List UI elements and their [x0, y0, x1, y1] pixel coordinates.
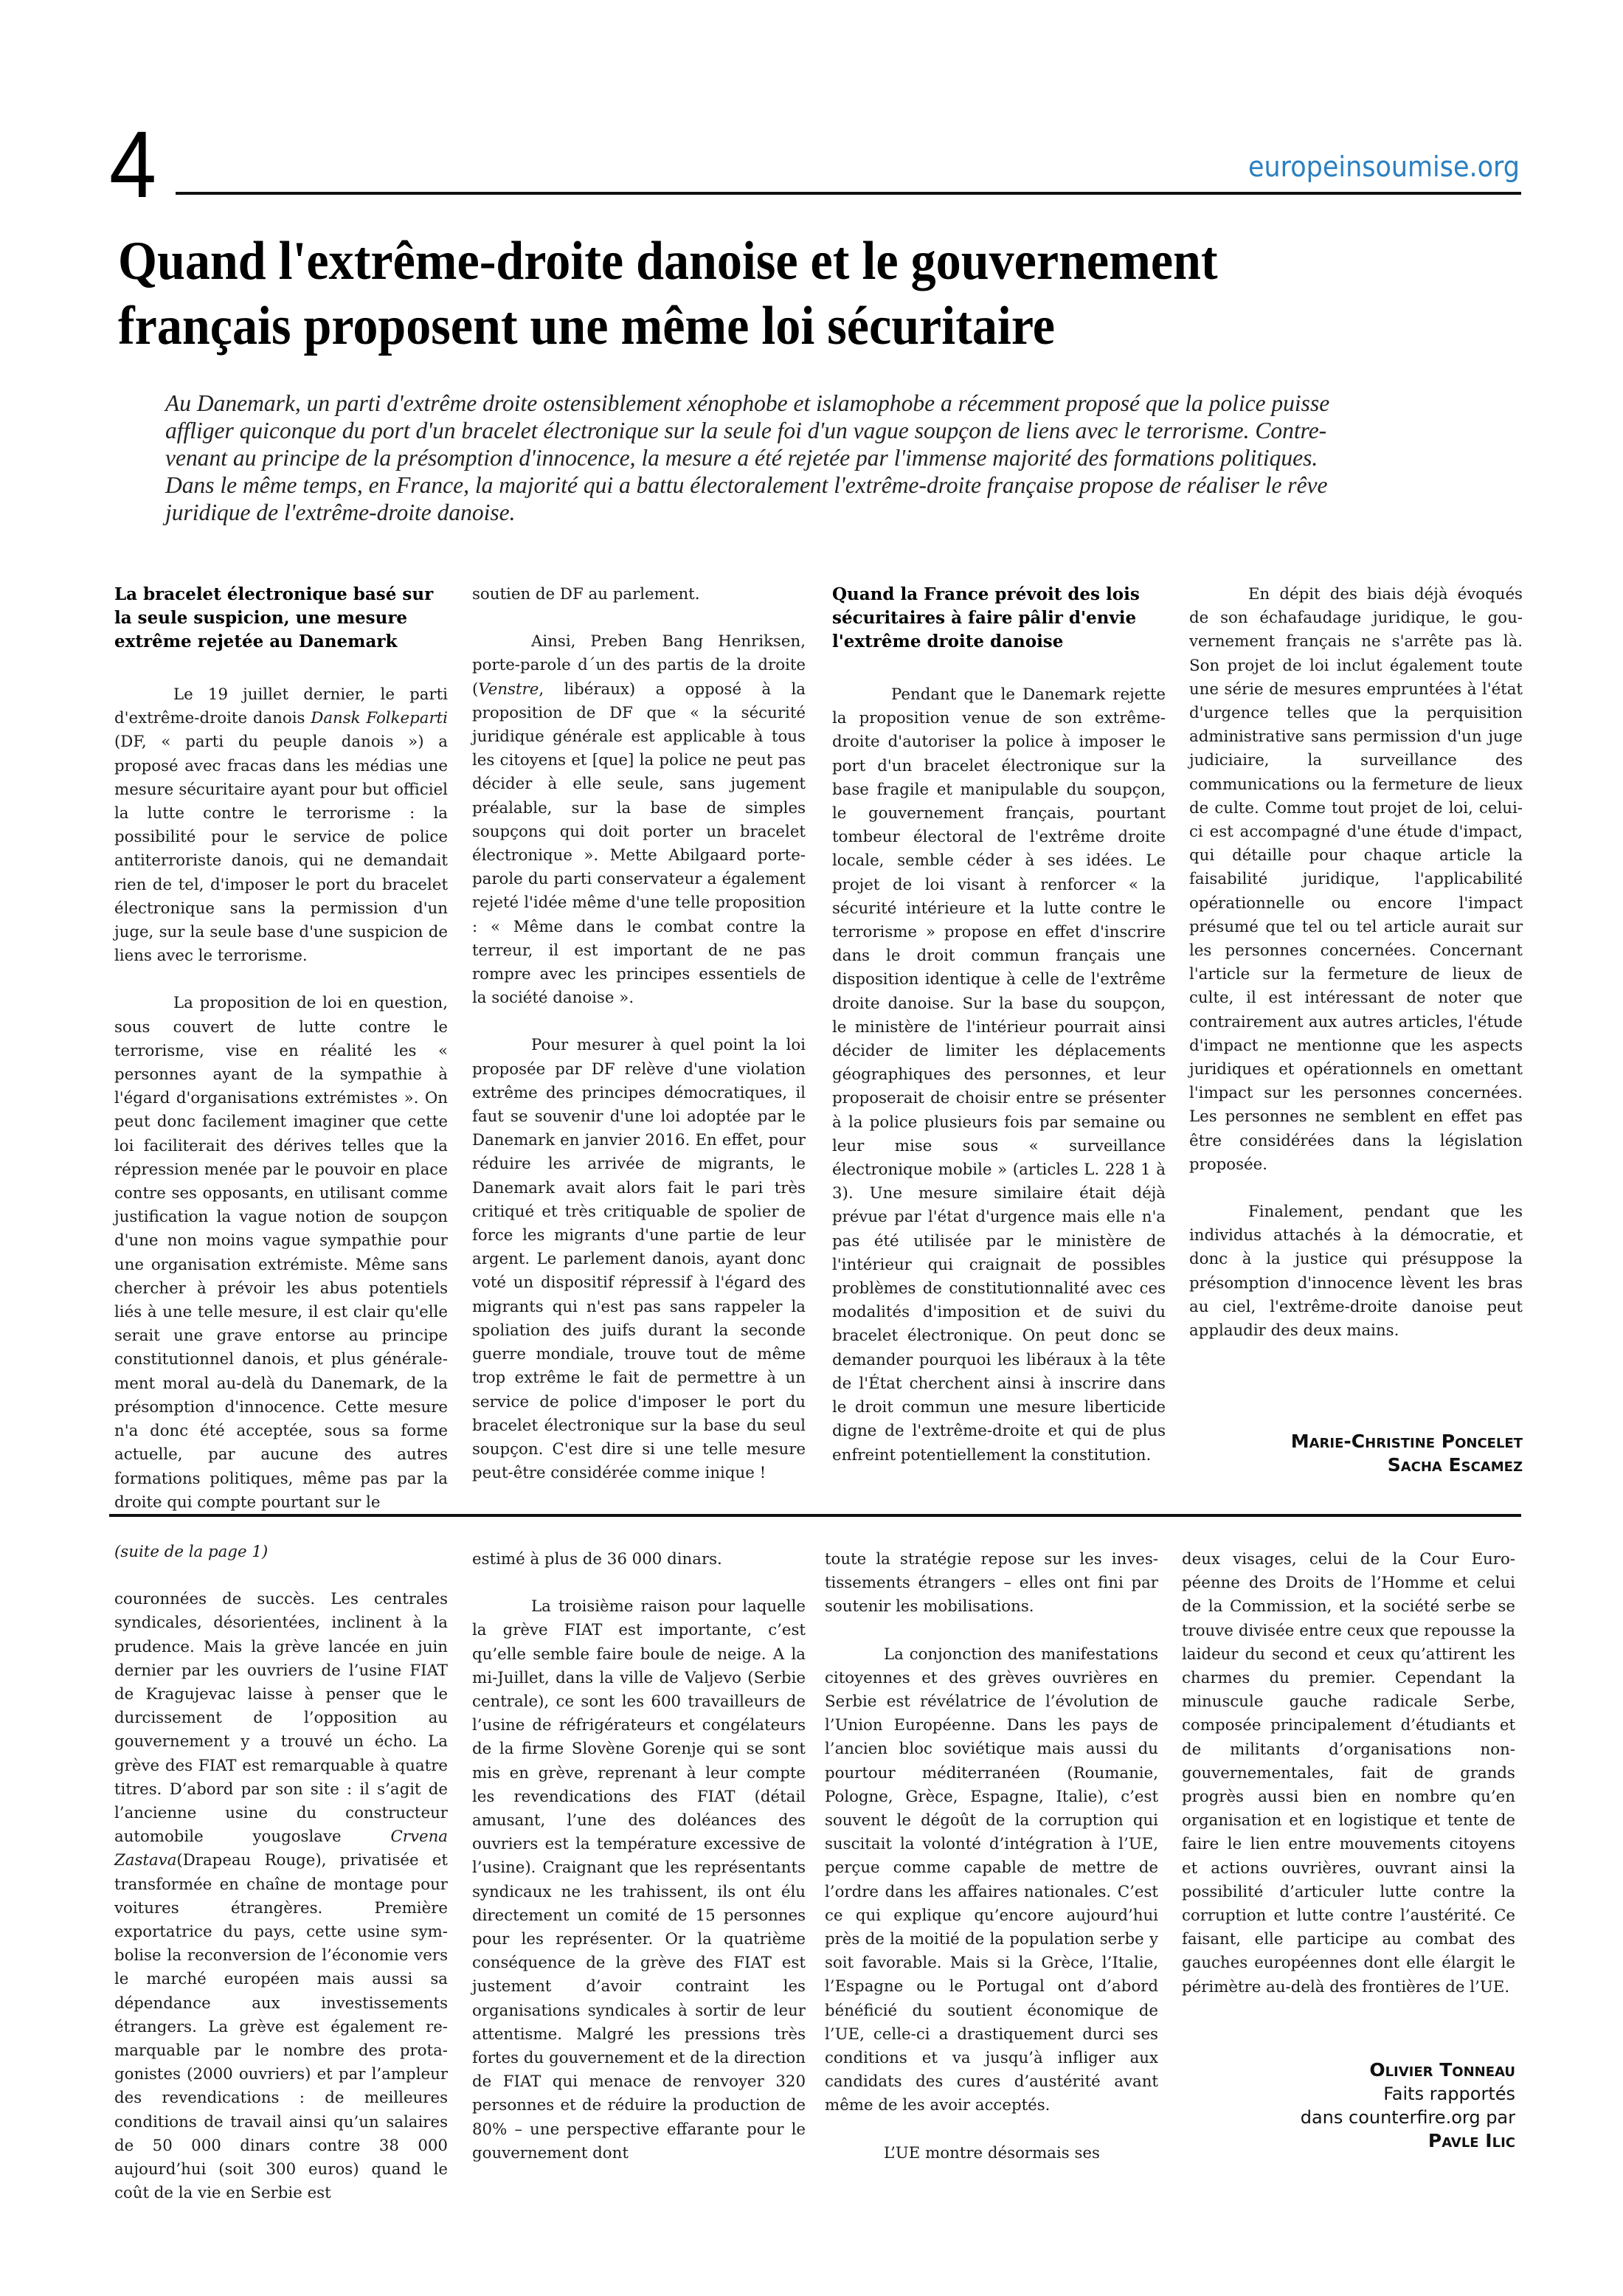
continuation-column-1: (suite de la page 1) couronnées de succè… — [114, 1541, 448, 2205]
author-name: Olivier Tonneau — [1182, 2058, 1515, 2082]
continuation-label: (suite de la page 1) — [114, 1541, 448, 1564]
author-name: Marie-Christine Poncelet — [1189, 1430, 1523, 1453]
title-line: Quand l'extrême-droite danoise et le gou… — [118, 229, 1408, 294]
paragraph: Le 19 juillet dernier, le parti d'extrêm… — [114, 683, 448, 968]
article-lede: Au Danemark, un parti d'extrême droite o… — [165, 390, 1524, 526]
section-heading: La bracelet électronique basé sur la seu… — [114, 583, 448, 654]
lede-line: Au Danemark, un parti d'extrême droite o… — [165, 390, 1524, 417]
paragraph: couronnées de succès. Les centrales synd… — [114, 1588, 448, 2205]
credit-line: dans counterfire.org par — [1182, 2106, 1515, 2129]
lede-line: affliger quiconque du port d'un bracelet… — [165, 417, 1524, 444]
paragraph: estimé à plus de 36 000 dinars. — [472, 1548, 806, 1571]
article-column-4: En dépit des biais déjà évoqués de son é… — [1189, 583, 1523, 1477]
article-column-2: soutien de DF au parlement. Ainsi, Prebe… — [472, 583, 806, 1485]
paragraph: L’UE montre désormais ses — [825, 2142, 1158, 2165]
section-divider — [109, 1514, 1521, 1517]
paragraph: Finalement, pendant que les individus at… — [1189, 1200, 1523, 1343]
paragraph: La proposition de loi en ques­tion, sous… — [114, 992, 448, 1514]
section-heading: Quand la France prévoit des lois sécurit… — [832, 583, 1166, 654]
lede-line: juridique de l'extrême-droite danoise. — [165, 499, 1524, 526]
lede-line: venant au principe de la présomption d'i… — [165, 444, 1524, 471]
lede-line: Dans le même temps, en France, la majori… — [165, 471, 1524, 499]
paragraph: La conjonction des manifesta­tions citoy… — [825, 1643, 1158, 2118]
paragraph: Pour mesurer à quel point la loi proposé… — [472, 1034, 806, 1485]
paragraph: Pendant que le Danemark rejet­te la prop… — [832, 683, 1166, 1467]
title-line: français proposent une même loi sécurita… — [118, 294, 1408, 359]
paragraph: Ainsi, Preben Bang Henriksen, porte-paro… — [472, 630, 806, 1010]
credit-author: Pavle Ilic — [1182, 2129, 1515, 2153]
page-number: 4 — [109, 118, 156, 212]
paragraph: toute la stratégie repose sur les inves­… — [825, 1548, 1158, 1619]
site-name: europeinsoumise.org — [1248, 151, 1520, 183]
article-column-3: Quand la France prévoit des lois sécurit… — [832, 583, 1166, 1467]
credit-line: Faits rapportés — [1182, 2082, 1515, 2106]
continuation-column-4: deux visages, celui de la Cour Euro­péen… — [1182, 1548, 1515, 2153]
paragraph: La troisième raison pour la­quelle la gr… — [472, 1595, 806, 2165]
header-rule — [176, 192, 1521, 195]
paragraph: soutien de DF au parlement. — [472, 583, 806, 606]
continuation-column-3: toute la stratégie repose sur les inves­… — [825, 1548, 1158, 2165]
author-name: Sacha Escamez — [1189, 1453, 1523, 1477]
continuation-column-2: estimé à plus de 36 000 dinars. La trois… — [472, 1548, 806, 2165]
paragraph: En dépit des biais déjà évoqués de son é… — [1189, 583, 1523, 1177]
article-title: Quand l'extrême-droite danoise et le gou… — [118, 229, 1408, 359]
paragraph: deux visages, celui de la Cour Euro­péen… — [1182, 1548, 1515, 1999]
article-column-1: La bracelet électronique basé sur la seu… — [114, 583, 448, 1515]
